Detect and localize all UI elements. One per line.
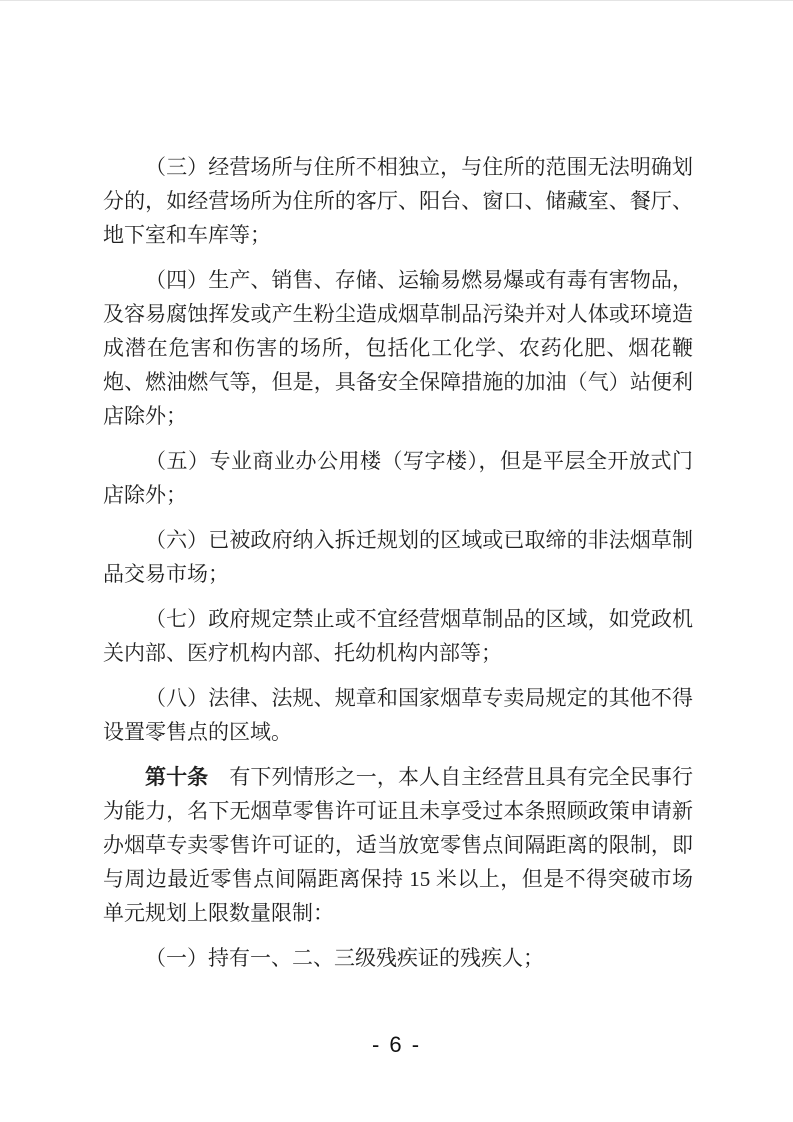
document-content: （三）经营场所与住所不相独立，与住所的范围无法明确划分的，如经营场所为住所的客厅… [103,150,693,986]
clause-7-text: （七）政府规定禁止或不宜经营烟草制品的区域，如党政机关内部、医疗机构内部、托幼机… [103,607,693,665]
clause-4-paragraph: （四）生产、销售、存储、运输易燃易爆或有毒有害物品，及容易腐蚀挥发或产生粉尘造成… [103,263,693,433]
page-number: - 6 - [0,1032,793,1058]
article-10-paragraph: 第十条 有下列情形之一，本人自主经营且具有完全民事行为能力，名下无烟草零售许可证… [103,760,693,930]
clause-5-text: （五）专业商业办公用楼（写字楼），但是平层全开放式门店除外； [103,449,693,507]
clause-8-paragraph: （八）法律、法规、规章和国家烟草专卖局规定的其他不得设置零售点的区域。 [103,681,693,749]
article-10-number: 第十条 [145,765,208,789]
clause-5-paragraph: （五）专业商业办公用楼（写字楼），但是平层全开放式门店除外； [103,444,693,512]
clause-4-text: （四）生产、销售、存储、运输易燃易爆或有毒有害物品，及容易腐蚀挥发或产生粉尘造成… [103,268,693,428]
clause-3-text: （三）经营场所与住所不相独立，与住所的范围无法明确划分的，如经营场所为住所的客厅… [103,155,693,247]
clause-1-text: （一）持有一、二、三级残疾证的残疾人； [145,946,544,970]
clause-7-paragraph: （七）政府规定禁止或不宜经营烟草制品的区域，如党政机关内部、医疗机构内部、托幼机… [103,602,693,670]
clause-6-paragraph: （六）已被政府纳入拆迁规划的区域或已取缔的非法烟草制品交易市场； [103,523,693,591]
clause-1-paragraph: （一）持有一、二、三级残疾证的残疾人； [103,941,693,975]
clause-8-text: （八）法律、法规、规章和国家烟草专卖局规定的其他不得设置零售点的区域。 [103,686,693,744]
document-page: （三）经营场所与住所不相独立，与住所的范围无法明确划分的，如经营场所为住所的客厅… [0,0,793,1122]
clause-3-paragraph: （三）经营场所与住所不相独立，与住所的范围无法明确划分的，如经营场所为住所的客厅… [103,150,693,252]
article-10-text: 有下列情形之一，本人自主经营且具有完全民事行为能力，名下无烟草零售许可证且未享受… [103,765,693,925]
clause-6-text: （六）已被政府纳入拆迁规划的区域或已取缔的非法烟草制品交易市场； [103,528,693,586]
